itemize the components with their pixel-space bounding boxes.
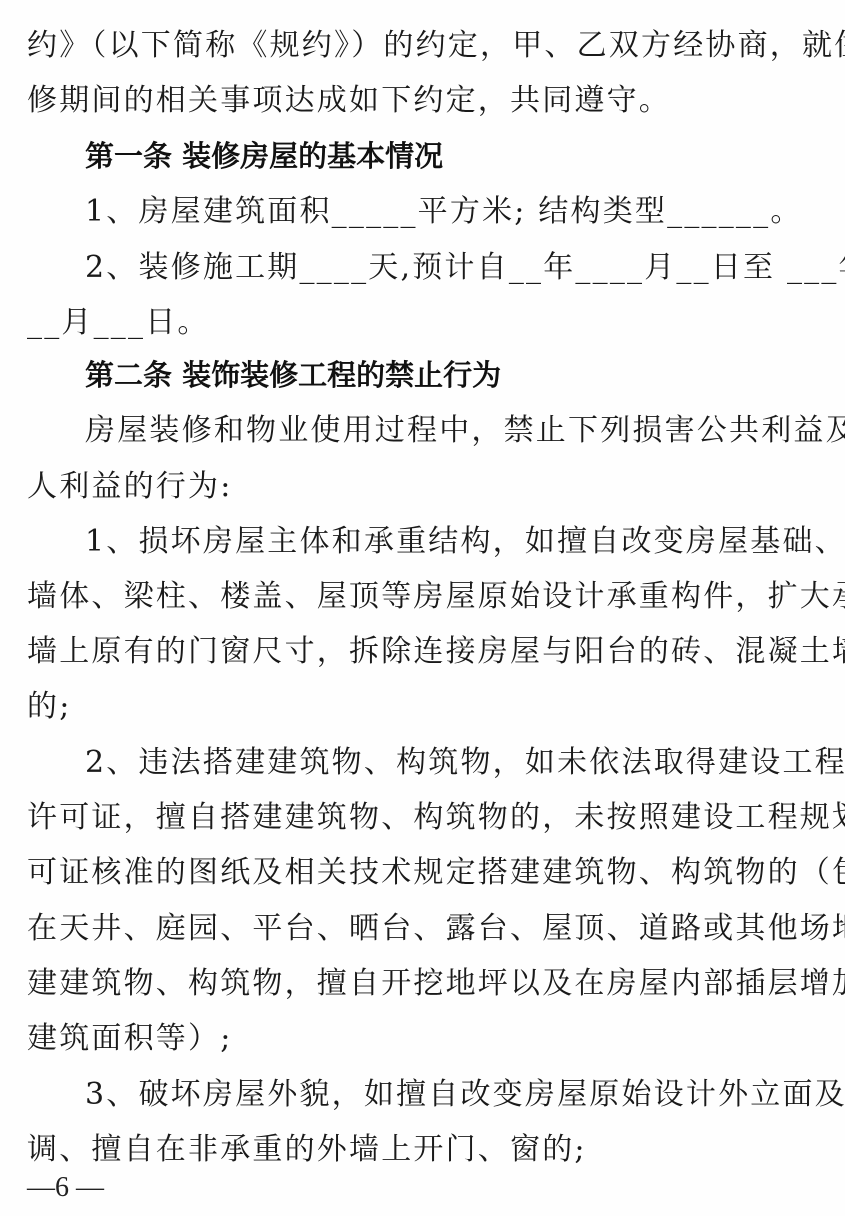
body-line: 修期间的相关事项达成如下约定，共同遵守。 <box>27 73 827 128</box>
body-line: 1、房屋建筑面积_____平方米; 结构类型______。 <box>85 184 845 239</box>
body-line: 房屋装修和物业使用过程中，禁止下列损害公共利益及他 <box>85 403 845 458</box>
page-number: —6 — <box>27 1168 104 1208</box>
body-line: 人利益的行为: <box>27 459 827 514</box>
body-line: __月___日。 <box>27 295 827 350</box>
body-line: 的; <box>27 679 827 734</box>
document-page: 约》（以下简称《规约》）的约定，甲、乙双方经协商，就住宅装 修期间的相关事项达成… <box>0 0 845 1216</box>
body-line: 3、破坏房屋外貌，如擅自改变房屋原始设计外立面及其色 <box>85 1067 845 1122</box>
body-line: 建筑面积等）; <box>27 1011 827 1066</box>
body-line: 调、擅自在非承重的外墙上开门、窗的; <box>27 1122 827 1177</box>
body-line: 约》（以下简称《规约》）的约定，甲、乙双方经协商，就住宅装 <box>27 18 827 73</box>
body-line: 墙体、梁柱、楼盖、屋顶等房屋原始设计承重构件，扩大承重 <box>27 569 827 624</box>
section-heading-2: 第二条 装饰装修工程的禁止行为 <box>85 348 845 403</box>
body-line: 建建筑物、构筑物，擅自开挖地坪以及在房屋内部插层增加的 <box>27 956 827 1011</box>
body-line: 在天井、庭园、平台、晒台、露台、屋顶、道路或其他场地搭 <box>27 901 827 956</box>
body-line: 2、违法搭建建筑物、构筑物，如未依法取得建设工程规划 <box>85 735 845 790</box>
body-line: 许可证，擅自搭建建筑物、构筑物的，未按照建设工程规划许 <box>27 790 827 845</box>
body-line: 2、装修施工期____天,预计自__年____月__日至 ___年_ <box>85 240 845 295</box>
body-line: 可证核准的图纸及相关技术规定搭建建筑物、构筑物的（包括 <box>27 845 827 900</box>
body-line: 墙上原有的门窗尺寸，拆除连接房屋与阳台的砖、混凝土墙体 <box>27 624 827 679</box>
section-heading-1: 第一条 装修房屋的基本情况 <box>85 129 845 184</box>
body-line: 1、损坏房屋主体和承重结构，如擅自改变房屋基础、承重 <box>85 514 845 569</box>
